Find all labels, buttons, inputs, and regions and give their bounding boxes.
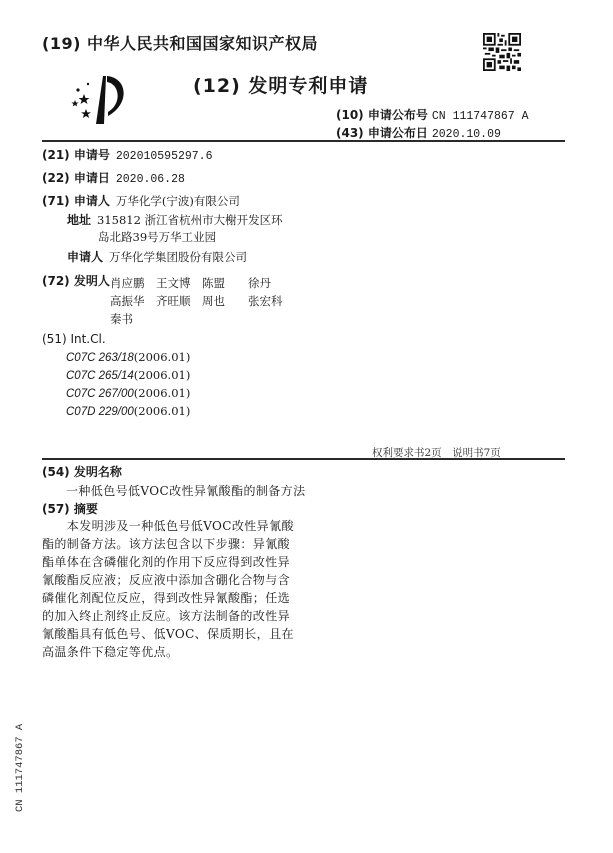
applicant-label: (71) 申请人 xyxy=(42,194,110,208)
inventor-name: 齐旺顺 xyxy=(156,293,202,309)
qr-code-icon xyxy=(483,33,521,71)
invention-title: 一种低色号低VOC改性异氰酸酯的制备方法 xyxy=(66,482,305,499)
ipc-code: C07D 229/00 xyxy=(66,406,134,418)
inventors-row: 肖应鹏王文博陈盟徐丹 xyxy=(110,272,294,291)
applicant-2-value: 万华化学集团股份有限公司 xyxy=(109,250,247,264)
section-divider xyxy=(42,458,565,460)
abstract-label: (57) 摘要 xyxy=(42,502,98,516)
ipc-version: (2006.01) xyxy=(134,404,191,418)
ipc-code: C07C 263/18 xyxy=(66,352,134,364)
application-date-field: (22) 申请日2020.06.28 xyxy=(42,169,185,186)
publication-date-label: (43) 申请公布日 xyxy=(336,126,428,140)
inventor-name: 肖应鹏 xyxy=(110,275,156,291)
invention-title-label: (54) 发明名称 xyxy=(42,465,122,479)
applicant-2-field: 申请人万华化学集团股份有限公司 xyxy=(67,248,247,265)
application-number-label: (21) 申请号 xyxy=(42,148,110,162)
ipc-entry: C07C 263/18(2006.01) xyxy=(66,350,190,364)
ipc-code: C07C 267/00 xyxy=(66,388,134,400)
intcl-label: (51) Int.Cl. xyxy=(42,332,106,346)
address-line-1: 315812 浙江省杭州市大榭开发区环 xyxy=(97,213,283,227)
inventor-name: 周也 xyxy=(202,293,248,309)
ipc-entry: C07C 267/00(2006.01) xyxy=(66,386,190,400)
application-number-value: 202010595297.6 xyxy=(116,150,213,163)
inventors-row: 高振华齐旺顺周也张宏科 xyxy=(110,290,294,309)
applicant-2-label: 申请人 xyxy=(67,250,103,264)
application-date-value: 2020.06.28 xyxy=(116,173,185,186)
address-line-2: 岛北路39号万华工业园 xyxy=(98,230,216,244)
ipc-version: (2006.01) xyxy=(134,368,191,382)
inventor-name: 高振华 xyxy=(110,293,156,309)
publication-number-value: CN 111747867 A xyxy=(432,110,529,123)
inventor-name: 秦书 xyxy=(110,311,156,327)
invention-title-heading: (54) 发明名称 xyxy=(42,463,122,480)
application-date-label: (22) 申请日 xyxy=(42,171,110,185)
ipc-version: (2006.01) xyxy=(134,350,191,364)
abstract-heading: (57) 摘要 xyxy=(42,500,98,517)
inventors-row: 秦书 xyxy=(110,308,156,327)
header-divider xyxy=(42,140,565,142)
ipc-entry: C07C 265/14(2006.01) xyxy=(66,368,190,382)
address-label: 地址 xyxy=(67,213,91,227)
applicant-value: 万华化学(宁波)有限公司 xyxy=(116,194,240,208)
inventor-name: 张宏科 xyxy=(248,293,294,309)
intcl-field: (51) Int.Cl. xyxy=(42,332,106,346)
address-field: 地址315812 浙江省杭州市大榭开发区环 xyxy=(67,211,283,228)
inventors-field: (72) 发明人 xyxy=(42,272,110,289)
patent-office-name: (19) 中华人民共和国国家知识产权局 xyxy=(42,31,318,54)
ipc-code: C07C 265/14 xyxy=(66,370,134,382)
document-type-title: (12) 发明专利申请 xyxy=(193,71,368,98)
inventor-name: 陈盟 xyxy=(202,275,248,291)
publication-number-label: (10) 申请公布号 xyxy=(336,108,428,122)
cnipa-logo-icon xyxy=(70,72,132,128)
inventors-label: (72) 发明人 xyxy=(42,274,110,288)
side-publication-id: CN 111747867 A xyxy=(14,724,26,812)
address-line-2-field: 岛北路39号万华工业园 xyxy=(98,229,216,245)
applicant-field: (71) 申请人万华化学(宁波)有限公司 xyxy=(42,192,240,209)
application-number-field: (21) 申请号202010595297.6 xyxy=(42,146,212,163)
publication-date-field: (43) 申请公布日2020.10.09 xyxy=(336,124,501,141)
publication-number-field: (10) 申请公布号CN 111747867 A xyxy=(336,106,528,123)
inventor-name: 徐丹 xyxy=(248,275,294,291)
ipc-entry: C07D 229/00(2006.01) xyxy=(66,404,190,418)
ipc-version: (2006.01) xyxy=(134,386,191,400)
abstract-text: 本发明涉及一种低色号低VOC改性异氰酸酯的制备方法。该方法包含以下步骤：异氰酸酯… xyxy=(42,517,300,661)
inventor-name: 王文博 xyxy=(156,275,202,291)
